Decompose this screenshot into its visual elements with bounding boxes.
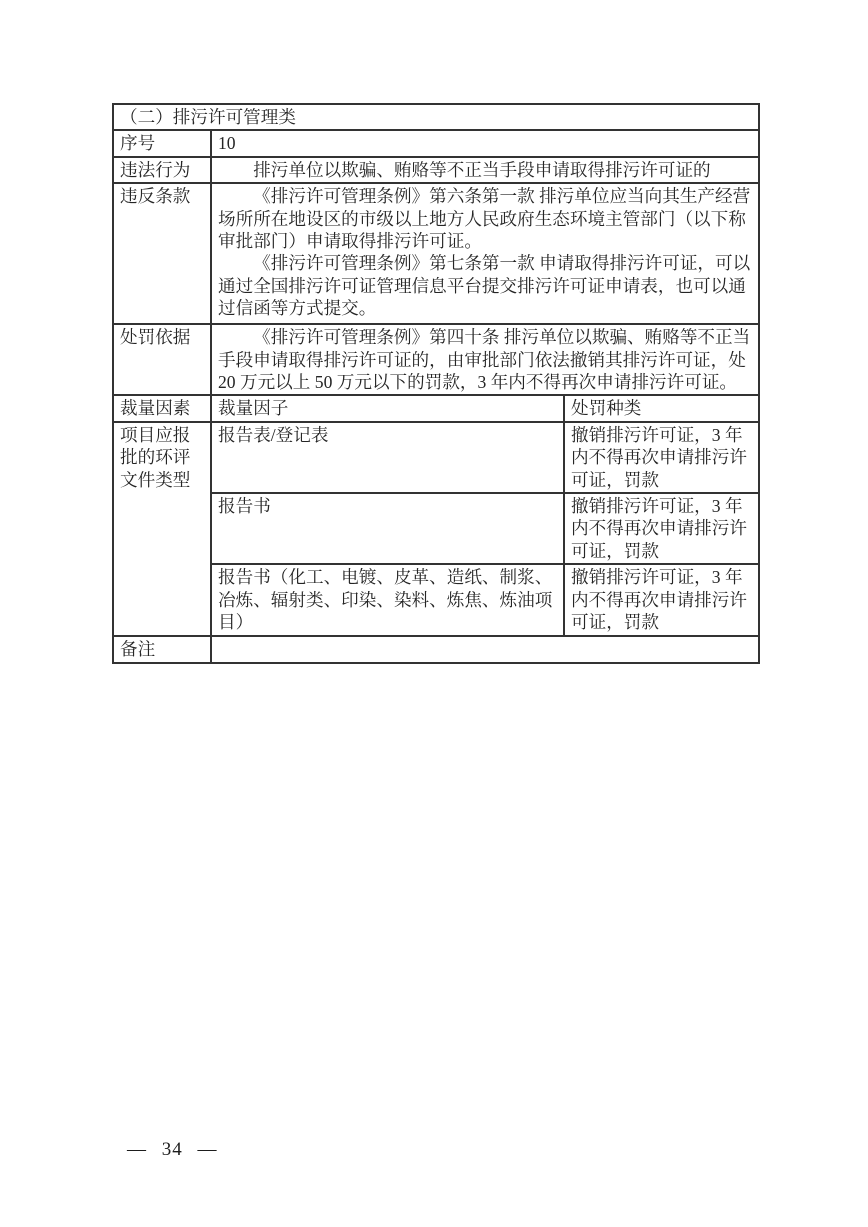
- table-row: 处罚依据 《排污许可管理条例》第四十条 排污单位以欺骗、贿赂等不正当手段申请取得…: [113, 324, 759, 395]
- penalty-discretion-table: （二）排污许可管理类 序号 10 违法行为 排污单位以欺骗、贿赂等不正当手段申请…: [112, 103, 760, 664]
- table-row: 裁量因素 裁量因子 处罚种类: [113, 395, 759, 421]
- violated-clause-value: 《排污许可管理条例》第六条第一款 排污单位应当向其生产经营场所所在地设区的市级以…: [211, 183, 759, 324]
- penalty-basis-value: 《排污许可管理条例》第四十条 排污单位以欺骗、贿赂等不正当手段申请取得排污许可证…: [211, 324, 759, 395]
- remark-label: 备注: [113, 636, 211, 662]
- penalty-cell: 撤销排污许可证，3 年内不得再次申请排污许可证，罚款: [564, 564, 759, 636]
- remark-value: [211, 636, 759, 662]
- serial-value: 10: [211, 130, 759, 156]
- penalty-header: 处罚种类: [564, 395, 759, 421]
- violated-clause-label: 违反条款: [113, 183, 211, 324]
- penalty-cell: 撤销排污许可证，3 年内不得再次申请排污许可证，罚款: [564, 493, 759, 564]
- clause-paragraph: 《排污许可管理条例》第六条第一款 排污单位应当向其生产经营场所所在地设区的市级以…: [218, 185, 752, 252]
- section-title: （二）排污许可管理类: [113, 104, 759, 130]
- factor-cell: 报告书（化工、电镀、皮革、造纸、制浆、冶炼、辐射类、印染、染料、炼焦、炼油项目）: [211, 564, 564, 636]
- clause-paragraph: 《排污许可管理条例》第七条第一款 申请取得排污许可证，可以通过全国排污许可证管理…: [218, 252, 752, 319]
- discretion-label: 裁量因素: [113, 395, 211, 421]
- page-number: — 34 —: [127, 1139, 218, 1161]
- basis-paragraph: 《排污许可管理条例》第四十条 排污单位以欺骗、贿赂等不正当手段申请取得排污许可证…: [218, 326, 752, 393]
- factor-header: 裁量因子: [211, 395, 564, 421]
- table-row: （二）排污许可管理类: [113, 104, 759, 130]
- factor-cell: 报告书: [211, 493, 564, 564]
- table-row: 违反条款 《排污许可管理条例》第六条第一款 排污单位应当向其生产经营场所所在地设…: [113, 183, 759, 324]
- penalty-cell: 撤销排污许可证，3 年内不得再次申请排污许可证，罚款: [564, 422, 759, 493]
- table-row: 项目应报批的环评文件类型 报告表/登记表 撤销排污许可证，3 年内不得再次申请排…: [113, 422, 759, 493]
- serial-label: 序号: [113, 130, 211, 156]
- illegal-act-label: 违法行为: [113, 157, 211, 183]
- eia-doc-type-label: 项目应报批的环评文件类型: [113, 422, 211, 636]
- table-row: 序号 10: [113, 130, 759, 156]
- table-row: 违法行为 排污单位以欺骗、贿赂等不正当手段申请取得排污许可证的: [113, 157, 759, 183]
- penalty-basis-label: 处罚依据: [113, 324, 211, 395]
- table-row: 备注: [113, 636, 759, 662]
- factor-cell: 报告表/登记表: [211, 422, 564, 493]
- illegal-act-value: 排污单位以欺骗、贿赂等不正当手段申请取得排污许可证的: [211, 157, 759, 183]
